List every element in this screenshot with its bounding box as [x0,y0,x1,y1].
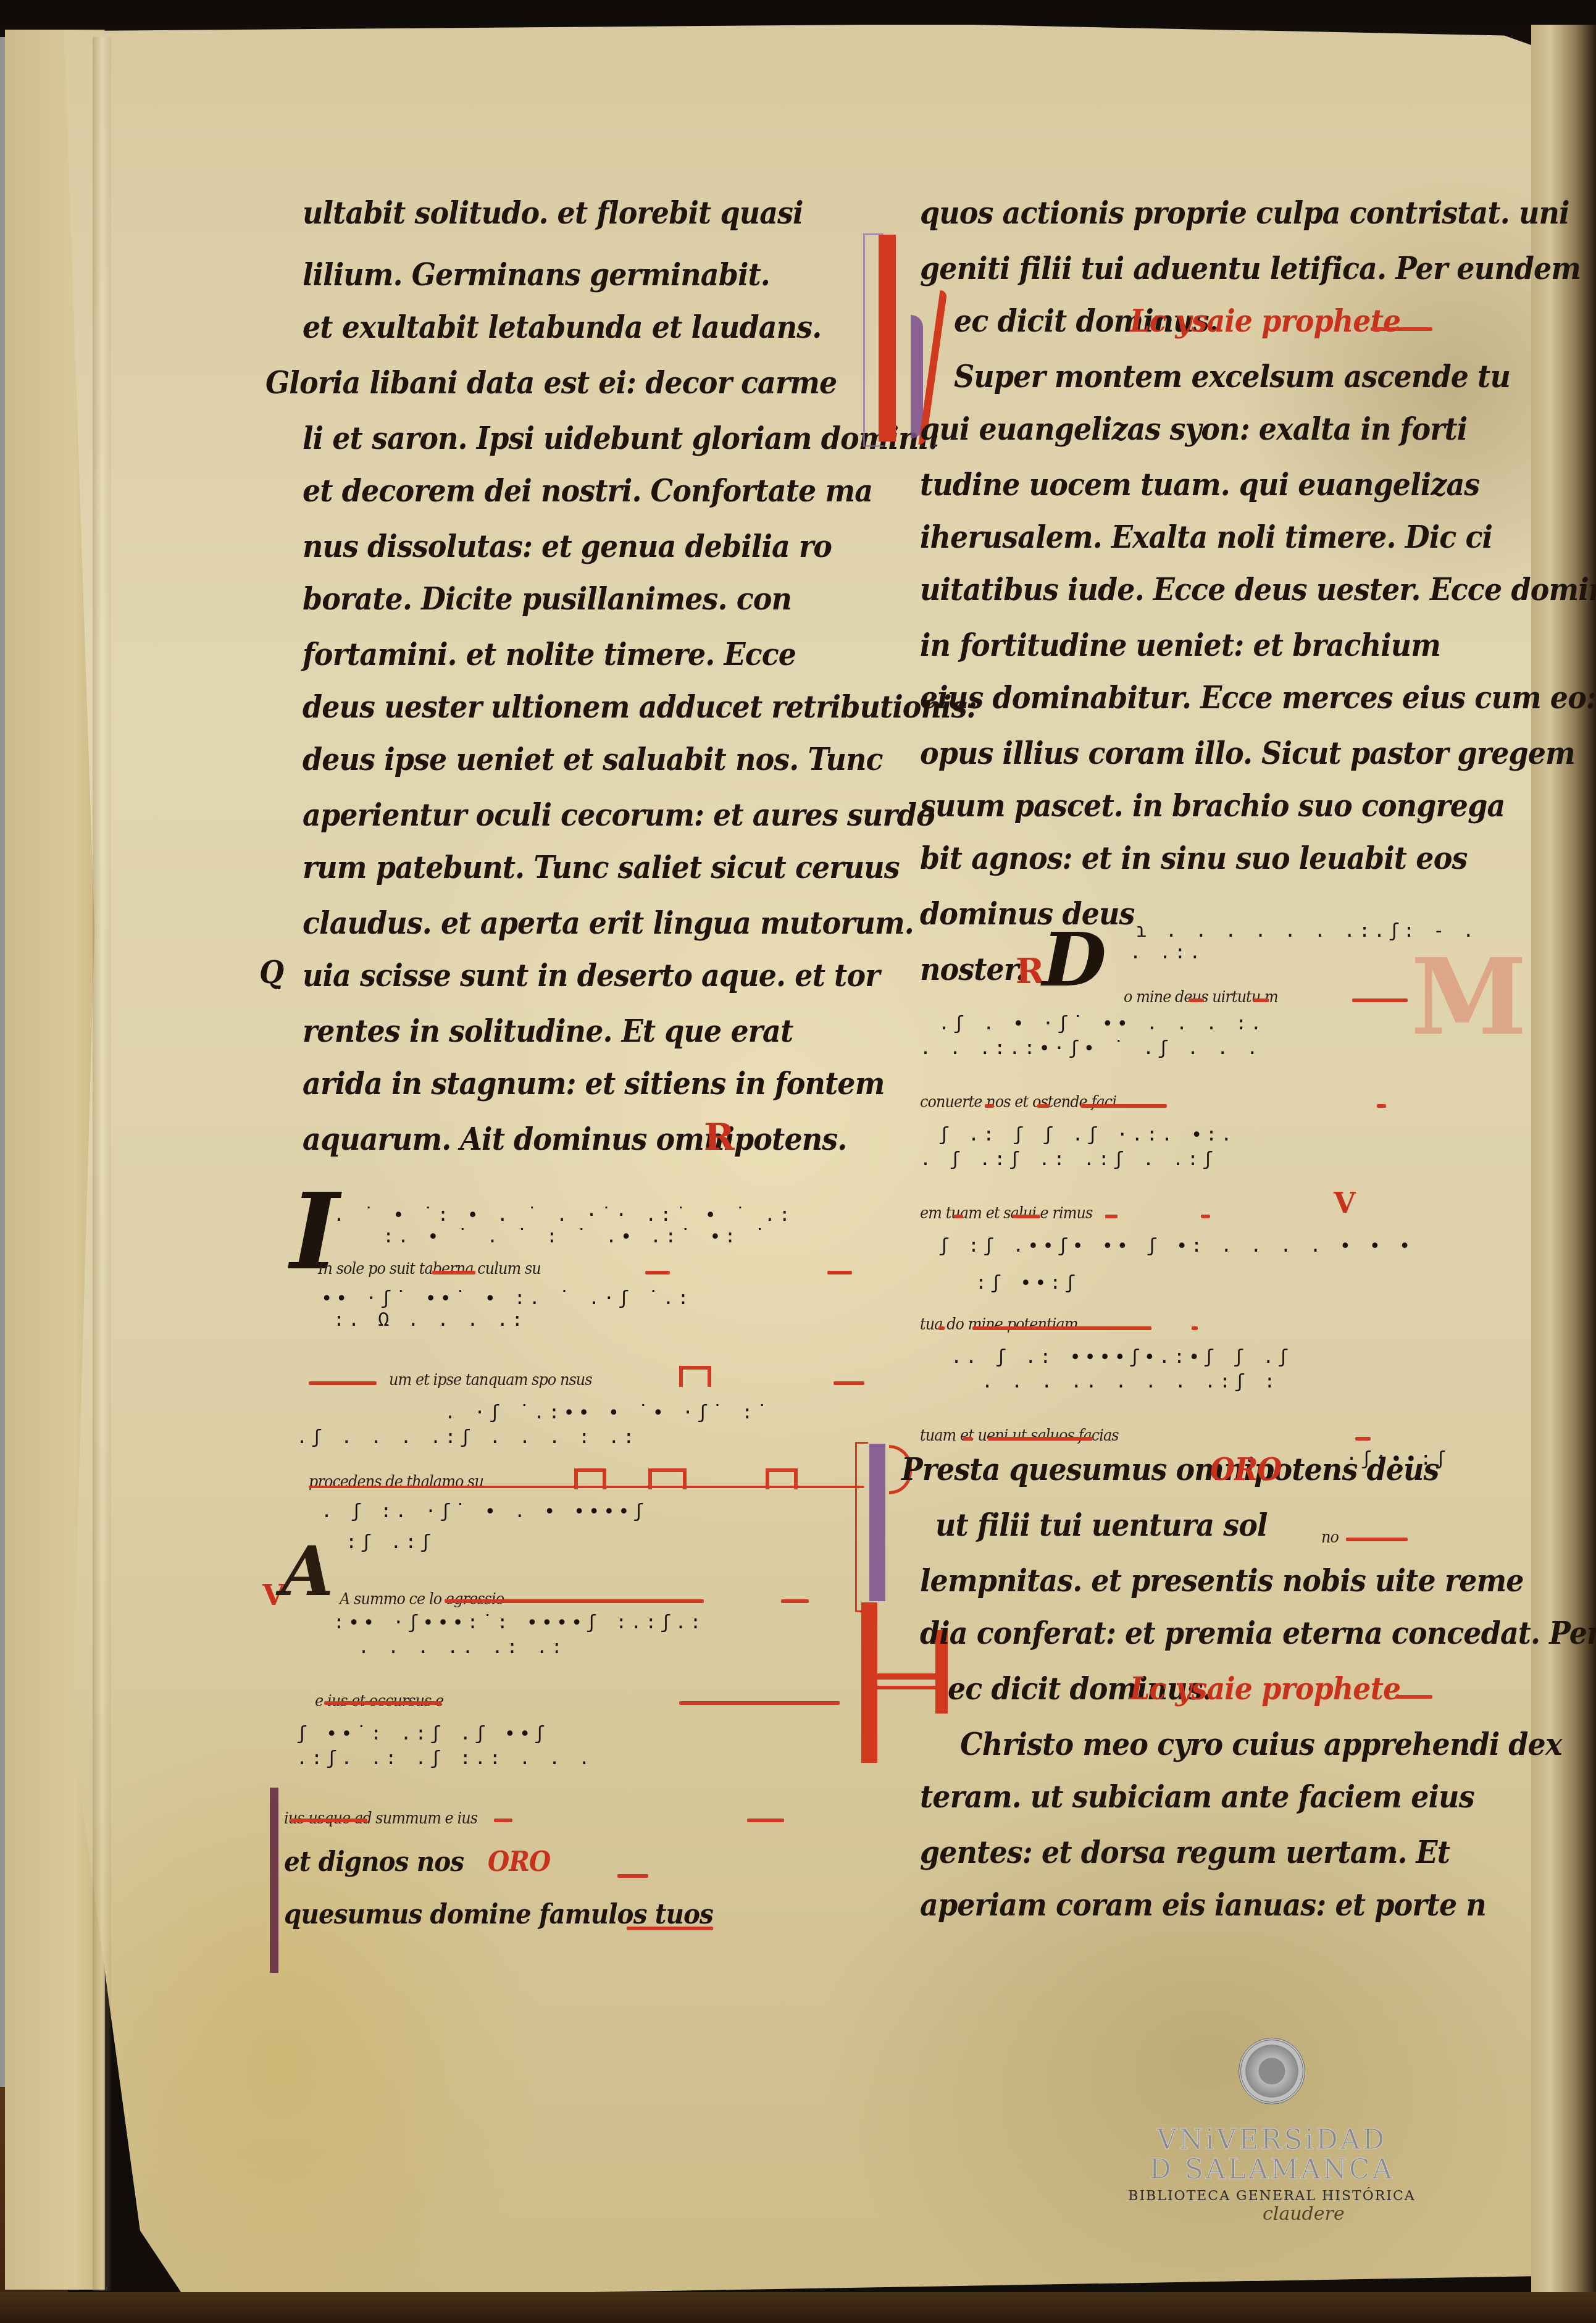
red-staff-line [679,1701,840,1705]
red-staff-line [1105,1215,1118,1218]
marginal-signature: claudere [1263,2203,1345,2225]
text-line: Super montem excelsum ascende tu [954,358,1510,395]
text-line: arida in stagnum: et sitiens in fontem [303,1065,884,1102]
neumes: ʃ :ʃ .∙∙ʃ∙ ∙∙ ʃ ∙: . . . . ∙ ∙ ∙ [938,1235,1414,1257]
leaf-fold [93,37,111,2291]
chant-text: In sole po suit taberna culum su [318,1260,541,1278]
text-line: uitatibus iude. Ecce deus uester. Ecce d… [920,571,1596,608]
red-line [1346,1538,1408,1541]
red-staff-bracket [679,1366,711,1387]
red-staff-line [972,1326,1151,1330]
verse-marker: V [1334,1189,1356,1217]
margin-initial-q: Q [259,954,283,990]
text-line: bit agnos: et in sinu suo leuabit eos [920,840,1467,876]
red-staff-line [988,1437,1093,1441]
chant-text: tua do mine potentiam [920,1315,1077,1334]
red-staff-line [1192,1326,1198,1330]
library-watermark: VNiVERSiDAD D SALAMANCA BIBLIOTECA GENER… [1099,2038,1445,2204]
rubric-responsory-marker: R [1016,954,1045,989]
text-line: claudus. et aperta erit lingua mutorum. [303,905,914,941]
neumes: . ˙ ∙ ˙: ∙ . ˙ . ·˙· .:˙ ∙ ˙ .: [333,1204,794,1226]
text-line: lilium. Germinans germinabit. [303,256,770,293]
rubric-responsory-marker: R [704,1119,735,1156]
text-line: fortamini. et nolite timere. Ecce [303,636,796,672]
bottom-binding [0,2292,1596,2323]
initial-h-stem [879,235,896,442]
text-line: aquarum. Ait dominus omnipotens. [303,1121,846,1157]
text-line: li et saron. Ipsi uidebunt gloriam domin… [303,420,938,456]
text-line: eius dominabitur. Ecce merces eius cum e… [920,679,1596,716]
red-staff-line [309,1381,377,1385]
chant-text: procedens de thalamo su [309,1473,483,1491]
neumes: .ʃ . . . .:ʃ . . . : .: [296,1426,638,1448]
initial-outline [855,1442,868,1612]
text-line: borate. Dicite pusillanimes. con [303,580,792,617]
red-staff-line [1189,998,1204,1002]
faded-margin-letter: M [1411,945,1527,1050]
red-staff-line [747,1819,784,1822]
red-staff-line [1377,1104,1386,1108]
oratio-rubric: ORO [488,1846,550,1878]
text-line: rentes in solitudine. Et que erat [303,1013,793,1049]
red-staff-line [985,1104,994,1108]
text-line: iherusalem. Exalta noli timere. Dic ci [920,519,1492,555]
red-staff-line [1013,1215,1040,1218]
neumes: :ʃ .:ʃ [346,1531,435,1553]
text-line: deus ipse ueniet et saluabit nos. Tunc [303,741,883,777]
red-line [1395,1695,1432,1699]
text-line: nus dissolutas: et genua debilia ro [303,528,832,564]
red-staff-line [445,1599,704,1603]
initial-p-stem [869,1444,885,1601]
red-line [1371,327,1432,331]
red-staff-line [827,1271,852,1275]
red-staff-line [645,1271,670,1275]
text-line: dia conferat: et premia eterna concedat.… [920,1615,1596,1651]
text-line: gentes: et dorsa regum uertam. Et [920,1834,1450,1870]
red-staff-line [309,1486,864,1488]
red-staff-line [494,1819,512,1822]
red-staff-line [1201,1215,1210,1218]
manuscript-scan: ultabit solitudo. et florebit quasi lili… [0,0,1596,2323]
initial-h-left-stem [861,1602,877,1763]
text-line: qui euangelizas syon: exalta in forti [920,411,1467,447]
neumes: ∙∙ ·ʃ˙ ∙∙˙ ∙ :. ˙ .·ʃ ˙.: [321,1287,693,1309]
neumes: .ʃ . ∙ ·ʃ˙ ∙∙ . . . :. [938,1013,1265,1034]
watermark-library-name: BIBLIOTECA GENERAL HISTÓRICA [1099,2188,1445,2204]
red-staff-line [617,1874,648,1878]
neumes: . ʃ .:ʃ .: .:ʃ . .:ʃ [920,1149,1217,1170]
neumes: . ʃ :. ·ʃ˙ ∙ . ∙ ∙∙∙∙ʃ [321,1501,648,1522]
red-staff-line [432,1271,475,1275]
neumes: :. ∙ ˙ . ˙ : ˙ .∙ .:˙ ∙: ˙ [383,1226,769,1247]
neumes: .:ʃ. .: .ʃ :.: . . . [296,1747,593,1769]
text-line: noster. [920,951,1025,987]
neumes: :∙∙ ·ʃ∙∙∙:˙: ∙∙∙∙ʃ :.:ʃ.: [333,1612,705,1633]
neumes: :ʃ ∙∙:ʃ [976,1272,1079,1294]
text-line: ultabit solitudo. et florebit quasi [303,195,803,231]
chant-text: conuerte nos et ostende faci [920,1093,1116,1111]
rubric-lectio: Lc ysaie prophete [1130,303,1400,339]
red-staff-line [290,1819,367,1822]
neumes: ·ʃ:∙∙:ʃ [1346,1448,1450,1470]
rubric-lectio: Lc ysaie prophete [1130,1670,1400,1707]
neumes: . . .:.:∙·ʃ∙ ˙ .ʃ . . . [920,1037,1261,1059]
red-staff-line [781,1599,809,1603]
red-staff-line [834,1381,864,1385]
text-line: et decorem dei nostri. Confortate ma [303,472,872,509]
neumes: . .:. [1130,942,1204,963]
red-staff-line [1355,1437,1371,1441]
text-line: deus uester ultionem adducet retribution… [303,689,977,725]
red-staff-line [1080,1104,1167,1108]
text-line: uia scisse sunt in deserto aque. et tor [303,957,879,994]
university-seal-icon [1239,2038,1305,2104]
text-line: suum pascet. in brachio suo congrega [920,787,1505,824]
red-staff-line [324,1701,441,1705]
neumes: :. Ω . . . .: [333,1309,527,1331]
text-line: quos actionis proprie culpa contristat. … [920,195,1569,231]
text-line: tudine uocem tuam. qui euangelizas [920,466,1479,503]
chant-text: o mine deus uirtutu m [1124,988,1278,1007]
chant-initial-d: D [1042,923,1106,997]
text-line: in fortitudine ueniet: et brachium [920,627,1440,663]
chant-initial-a: A [281,1538,333,1605]
oratio-rubric: ORO [1210,1451,1282,1488]
right-edge-binding [1531,19,1596,2323]
neumes: .. ʃ .: ∙∙∙∙ʃ∙.:∙ʃ ʃ .ʃ [951,1346,1292,1368]
red-staff-line [1253,998,1269,1002]
red-staff-line [938,1326,945,1330]
initial-h-crossbar [877,1673,945,1680]
red-staff-line [954,1215,963,1218]
red-staff-line [1352,998,1408,1002]
red-staff-line [1037,1104,1050,1108]
chant-text: no [1321,1528,1339,1547]
chant-text: em tuam et salui e rimus [920,1204,1092,1223]
text-line: lempnitas. et presentis nobis uite reme [920,1562,1524,1599]
text-line: opus illius coram illo. Sicut pastor gre… [920,735,1575,771]
text-line: et dignos nos [284,1846,464,1878]
text-line: teram. ut subiciam ante faciem eius [920,1778,1474,1815]
neumes: . . . .. . . . .:ʃ : [982,1371,1279,1392]
red-staff-line [627,1927,713,1930]
text-line: ut filii tui uentura sol [935,1507,1267,1543]
neumes: . ·ʃ ˙.:∙∙ ∙ ˙∙ ·ʃ˙ :˙ [445,1402,771,1423]
neumes: . . . .. .: .: [358,1636,566,1658]
text-line: geniti filii tui aduentu letifica. Per e… [920,250,1581,287]
text-line: aperiam coram eis ianuas: et porte n [920,1886,1486,1923]
chant-text: um et ipse tanquam spo nsus [389,1371,592,1389]
neumes: ʃ ∙∙˙: .:ʃ .ʃ ∙∙ʃ [296,1723,549,1744]
neumes: ʃ .: ʃ ʃ .ʃ ·.:. ∙:. [938,1124,1235,1145]
text-line: et exultabit letabunda et laudans. [303,309,821,345]
initial-bar-purple [270,1788,278,1973]
text-line: Gloria libani data est ei: decor carme [265,364,837,401]
red-staff-line [963,1437,972,1441]
text-line: rum patebunt. Tunc saliet sicut ceruus [303,849,900,885]
initial-h-crossbar [877,1686,945,1689]
watermark-line-2: D SALAMANCA [1099,2155,1445,2185]
chant-text: tuam et ueni ut saluos facias [920,1426,1119,1445]
text-line: aperientur oculi cecorum: et aures surdo [303,797,935,833]
watermark-line-1: VNiVERSiDAD [1099,2125,1445,2155]
text-line: quesumus domine famulos tuos [284,1899,713,1930]
top-shadow [0,0,1596,25]
text-line: Christo meo cyro cuius apprehendi dex [960,1726,1561,1762]
